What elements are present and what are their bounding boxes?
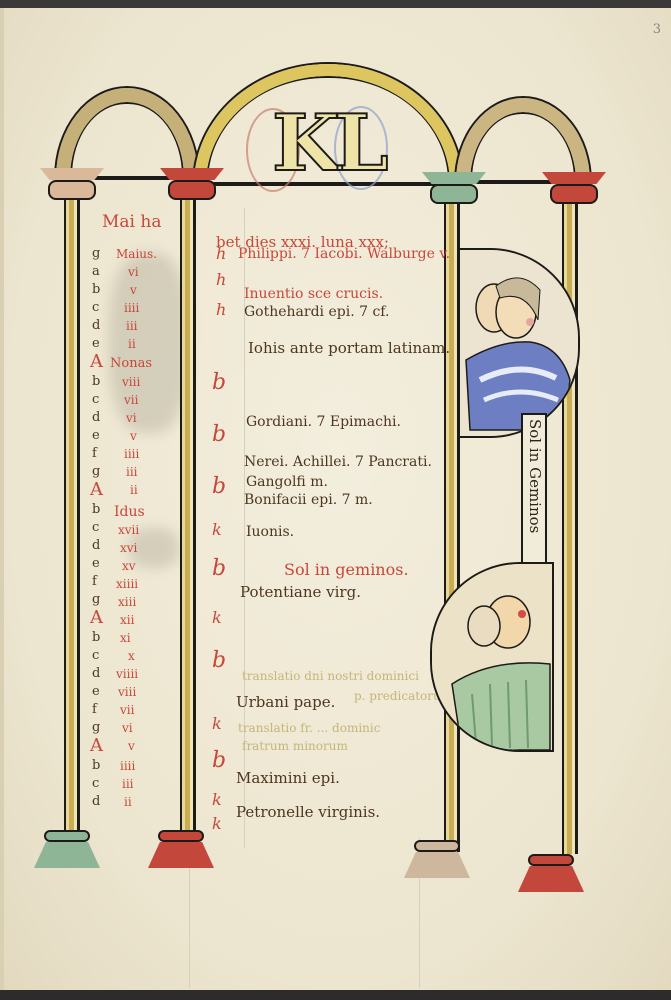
column-2 bbox=[180, 200, 196, 840]
feast-entry: Gordiani. 7 Epimachi. bbox=[246, 414, 401, 430]
roman-date: iii bbox=[122, 776, 134, 792]
column-1 bbox=[64, 200, 80, 840]
feast-entry: Petronelle virginis. bbox=[236, 804, 380, 820]
roman-date: vi bbox=[128, 264, 139, 280]
dominical-letter: b bbox=[92, 502, 100, 518]
dominical-letter: g bbox=[92, 246, 100, 262]
heading-left: Mai ha bbox=[102, 214, 161, 230]
roman-date: vi bbox=[122, 720, 133, 736]
golden-number: b bbox=[212, 748, 226, 773]
dominical-letter: c bbox=[92, 648, 99, 664]
dominical-letter: b bbox=[92, 282, 100, 298]
feast-entry-later-addition: translatio fr. ... dominic bbox=[238, 720, 380, 736]
golden-number: h bbox=[216, 244, 226, 263]
capital-1 bbox=[40, 168, 104, 202]
roman-date: v bbox=[130, 428, 137, 444]
dominical-letter: f bbox=[92, 702, 97, 718]
dominical-letter: a bbox=[92, 264, 100, 280]
banner-text: Sol in Geminos bbox=[526, 419, 544, 533]
feast-entry: Bonifacii epi. 7 m. bbox=[244, 492, 373, 508]
base-2 bbox=[148, 830, 214, 870]
dominical-letter: e bbox=[92, 684, 100, 700]
base-3 bbox=[404, 840, 470, 880]
roman-date: iii bbox=[126, 318, 138, 334]
dominical-letter: d bbox=[92, 538, 100, 554]
capital-3 bbox=[422, 172, 486, 206]
dominical-letter: d bbox=[92, 794, 100, 810]
roman-date: xii bbox=[120, 612, 134, 628]
feast-entry: Sol in geminos. bbox=[284, 562, 409, 578]
base-1 bbox=[34, 830, 100, 870]
roman-date: xiii bbox=[118, 594, 136, 610]
roman-date: v bbox=[130, 282, 137, 298]
roman-date: vii bbox=[120, 702, 134, 718]
dominical-letter: c bbox=[92, 300, 99, 316]
kl-monogram: KL bbox=[272, 98, 383, 189]
right-arch bbox=[456, 98, 590, 182]
dominical-letter: b bbox=[92, 374, 100, 390]
golden-number: k bbox=[212, 520, 222, 539]
roman-date: ii bbox=[130, 482, 138, 498]
feast-entry: Philippi. 7 Iacobi. Walburge v. bbox=[238, 246, 450, 262]
dominical-letter: b bbox=[92, 630, 100, 646]
golden-number: h bbox=[216, 270, 226, 289]
dominical-letter: f bbox=[92, 446, 97, 462]
feast-entry: Inuentio sce crucis. bbox=[244, 286, 383, 302]
scan-background bbox=[0, 990, 671, 1000]
roman-date: viiii bbox=[116, 666, 138, 682]
dominical-letter: A bbox=[90, 610, 103, 626]
golden-number: b bbox=[212, 422, 226, 447]
roman-date: xvi bbox=[120, 540, 137, 556]
roman-date: iiii bbox=[120, 758, 135, 774]
roman-date: viii bbox=[122, 374, 140, 390]
dominical-letter: d bbox=[92, 666, 100, 682]
golden-number: h bbox=[216, 300, 226, 319]
golden-number: b bbox=[212, 556, 226, 581]
roman-date: iiii bbox=[124, 446, 139, 462]
golden-number: b bbox=[212, 474, 226, 499]
dominical-letter: g bbox=[92, 464, 100, 480]
manuscript-page: 3 KL Mai ha bet dies xxxi. luna xxx; g a bbox=[0, 8, 671, 990]
roman-date: v bbox=[128, 738, 135, 754]
dominical-letter: b bbox=[92, 758, 100, 774]
dominical-letter: e bbox=[92, 428, 100, 444]
feast-entry: Gangolfi m. bbox=[246, 474, 328, 490]
roman-date: xiiii bbox=[116, 576, 138, 592]
dominical-letter: e bbox=[92, 336, 100, 352]
roman-date: iii bbox=[126, 464, 138, 480]
dominical-letter: c bbox=[92, 392, 99, 408]
golden-number: k bbox=[212, 790, 222, 809]
base-4 bbox=[518, 854, 584, 894]
roman-date: viii bbox=[118, 684, 136, 700]
roman-date: x bbox=[128, 648, 135, 664]
roman-date: ii bbox=[124, 794, 132, 810]
feast-entry: Iuonis. bbox=[246, 524, 294, 540]
dominical-letter: A bbox=[90, 482, 103, 498]
golden-number: k bbox=[212, 814, 222, 833]
dominical-letter: g bbox=[92, 592, 100, 608]
dominical-letter: A bbox=[90, 354, 103, 370]
feast-entry: Gothehardi epi. 7 cf. bbox=[244, 304, 389, 320]
roman-date: vii bbox=[124, 392, 138, 408]
roman-date: Idus bbox=[114, 504, 145, 520]
feast-entry: Potentiane virg. bbox=[240, 584, 361, 600]
dominical-letter: d bbox=[92, 410, 100, 426]
capital-4 bbox=[542, 172, 606, 206]
feast-entry: Maximini epi. bbox=[236, 770, 340, 786]
golden-number: b bbox=[212, 370, 226, 395]
dominical-letter: c bbox=[92, 520, 99, 536]
dominical-letter: f bbox=[92, 574, 97, 590]
feast-entry: Urbani pape. bbox=[236, 694, 335, 710]
capital-2 bbox=[160, 168, 224, 202]
dominical-letter: A bbox=[90, 738, 103, 754]
roman-date: iiii bbox=[124, 300, 139, 316]
roman-date: Nonas bbox=[110, 356, 152, 372]
dominical-letter: d bbox=[92, 318, 100, 334]
golden-number: k bbox=[212, 608, 222, 627]
roman-date: vi bbox=[126, 410, 137, 426]
roman-date: xi bbox=[120, 630, 131, 646]
feast-entry-later-addition: fratrum minorum bbox=[242, 738, 348, 754]
roman-date: Maius. bbox=[116, 246, 157, 262]
roman-date: xvii bbox=[118, 522, 139, 538]
folio-number: 3 bbox=[653, 22, 661, 37]
roman-date: xv bbox=[122, 558, 136, 574]
stain bbox=[109, 253, 189, 433]
dominical-letter: g bbox=[92, 720, 100, 736]
feast-entry: Nerei. Achillei. 7 Pancrati. bbox=[244, 454, 432, 470]
dominical-letter: c bbox=[92, 776, 99, 792]
roman-date: ii bbox=[128, 336, 136, 352]
feast-entry-later-addition: translatio dni nostri dominici bbox=[242, 668, 419, 684]
left-arch bbox=[56, 88, 198, 178]
dominical-letter: e bbox=[92, 556, 100, 572]
golden-number: b bbox=[212, 648, 226, 673]
twins-figure-icon bbox=[460, 250, 578, 436]
golden-number: k bbox=[212, 714, 222, 733]
feast-entry: Iohis ante portam latinam. bbox=[248, 340, 450, 356]
